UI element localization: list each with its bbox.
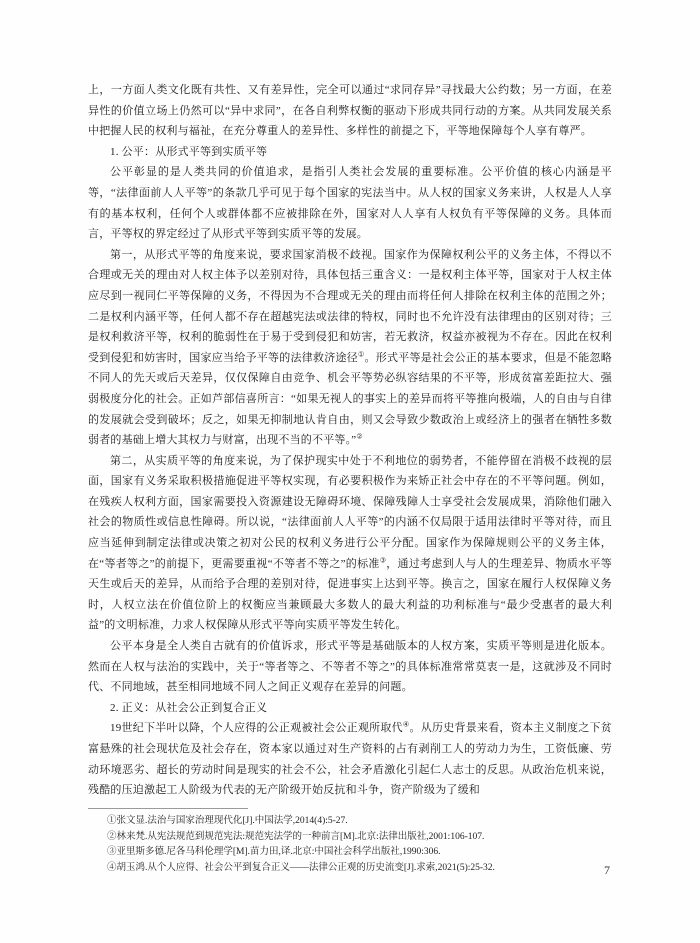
body-text: 上，一方面人类文化既有共性、又有差异性，完全可以通过“求同存异”寻找最大公约数；…: [88, 80, 612, 801]
footnote-ref-2: ②: [356, 432, 362, 440]
paragraph-text: 第二，从实质平等的角度来说，为了保护现实中处于不利地位的弱势者，不能停留在消极不…: [88, 455, 612, 570]
paragraph-substantive-equality: 第二，从实质平等的角度来说，为了保护现实中处于不利地位的弱势者，不能停留在消极不…: [88, 451, 612, 636]
paragraph-text: 第一，从形式平等的角度来说，要求国家消极不歧视。国家作为保障权利公平的义务主体，…: [88, 249, 612, 364]
paragraph-intro-continuation: 上，一方面人类文化既有共性、又有差异性，完全可以通过“求同存异”寻找最大公约数；…: [88, 80, 612, 142]
paragraph-justice: 19世纪下半叶以降，个人应得的公正观被社会公正观所取代④。从历史背景来看，资本主…: [88, 718, 612, 800]
document-page: 上，一方面人类文化既有共性、又有差异性，完全可以通过“求同存异”寻找最大公约数；…: [0, 0, 700, 943]
footnote-2: ②林来梵.从宪法规范到规范宪法:规范宪法学的一种前言[M].北京:法律出版社,2…: [88, 830, 612, 846]
text-column: 上，一方面人类文化既有共性、又有差异性，完全可以通过“求同存异”寻找最大公约数；…: [88, 80, 612, 877]
paragraph-formal-equality: 第一，从形式平等的角度来说，要求国家消极不歧视。国家作为保障权利公平的义务主体，…: [88, 245, 612, 451]
page-number: 7: [587, 863, 627, 878]
paragraph-text: 。形式平等是社会公正的基本要求，但是不能忽略不同人的先天或后天差异，仅仅保障自由…: [88, 352, 612, 446]
section-1-heading: 1. 公平：从形式平等到实质平等: [88, 142, 612, 163]
footnote-1: ①张文显.法治与国家治理现代化[J].中国法学,2014(4):5-27.: [88, 814, 612, 830]
paragraph-fairness-overview: 公平彰显的是人类共同的价值追求，是指引人类社会发展的重要标准。公平价值的核心内涵…: [88, 162, 612, 244]
section-2-heading: 2. 正义：从社会公正到复合正义: [88, 698, 612, 719]
footnote-4: ④胡玉鸿.从个人应得、社会公平到复合正义——法律公正观的历史流变[J].求索,2…: [88, 861, 612, 877]
paragraph-text: 19世纪下半叶以降，个人应得的公正观被社会公正观所取代: [110, 722, 403, 734]
footnote-3: ③亚里斯多德.尼各马科伦理学[M].苗力田,译.北京:中国社会科学出版社,199…: [88, 845, 612, 861]
footnote-separator: [88, 808, 248, 809]
paragraph-fairness-summary: 公平本身是全人类自古就有的价值诉求，形式平等是基础版本的人权方案，实质平等则是进…: [88, 636, 612, 698]
footnotes: ①张文显.法治与国家治理现代化[J].中国法学,2014(4):5-27. ②林…: [88, 814, 612, 877]
